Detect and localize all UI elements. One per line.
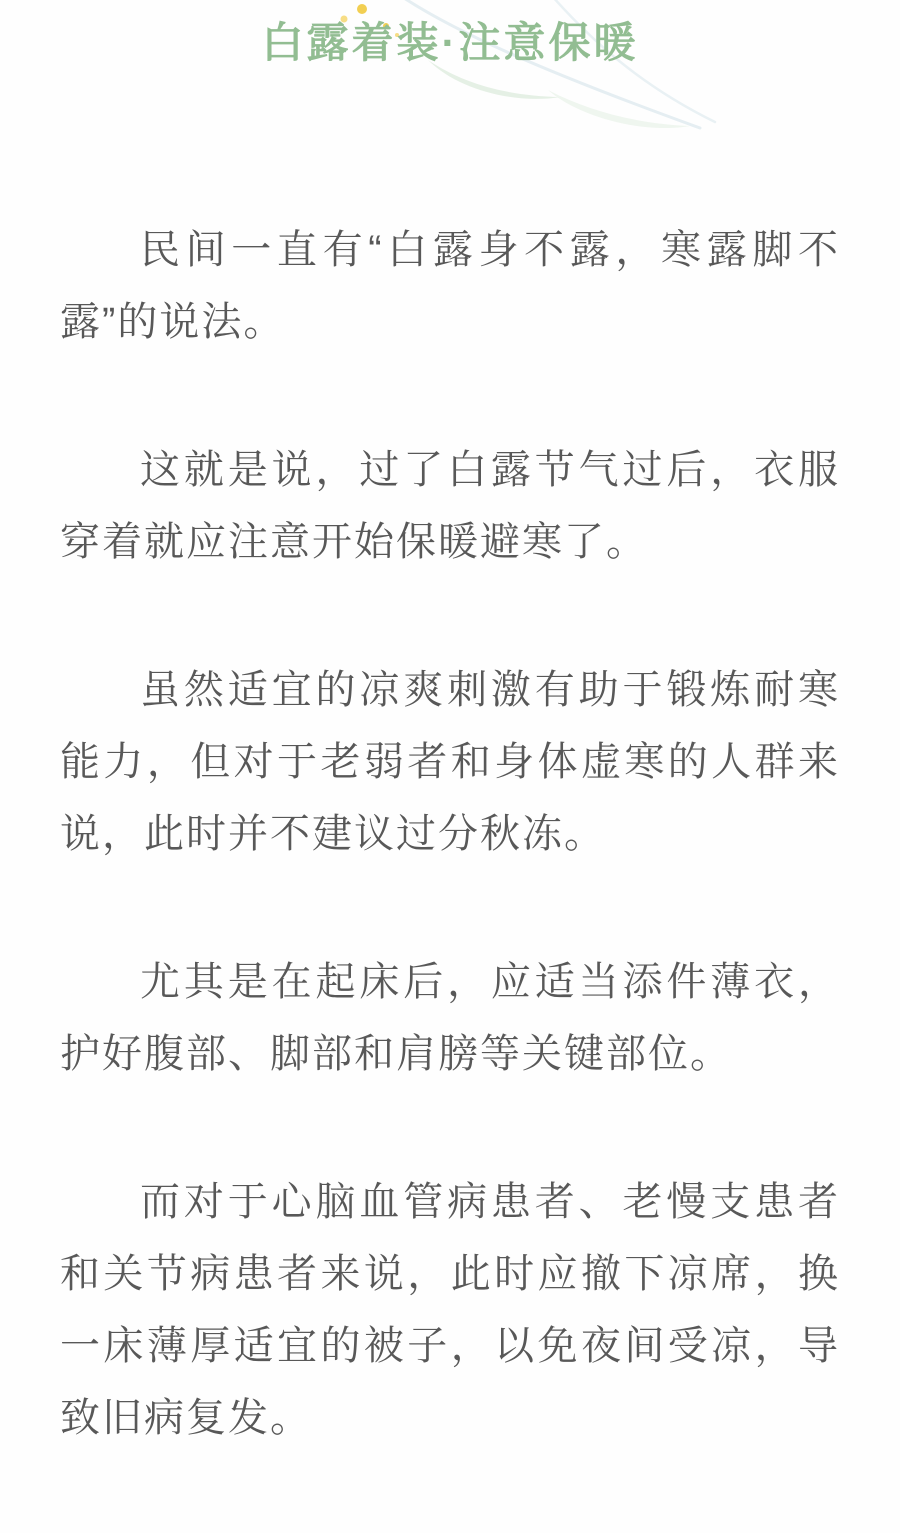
article-page: 白露着装·注意保暖 民间一直有“白露身不露，寒露脚不露”的说法。 这就是说，过了… — [0, 0, 900, 1533]
paragraph-4: 尤其是在起床后，应适当添件薄衣，护好腹部、脚部和肩膀等关键部位。 — [60, 946, 840, 1090]
article-body: 民间一直有“白露身不露，寒露脚不露”的说法。 这就是说，过了白露节气过后，衣服穿… — [0, 214, 900, 1454]
paragraph-2: 这就是说，过了白露节气过后，衣服穿着就应注意开始保暖避寒了。 — [60, 434, 840, 578]
paragraph-3: 虽然适宜的凉爽刺激有助于锻炼耐寒能力，但对于老弱者和身体虚寒的人群来说，此时并不… — [60, 654, 840, 870]
page-title: 白露着装·注意保暖 — [0, 22, 900, 64]
paragraph-5: 而对于心脑血管病患者、老慢支患者和关节病患者来说，此时应撤下凉席，换一床薄厚适宜… — [60, 1166, 840, 1454]
paragraph-1: 民间一直有“白露身不露，寒露脚不露”的说法。 — [60, 214, 840, 358]
article-header: 白露着装·注意保暖 — [0, 0, 900, 214]
